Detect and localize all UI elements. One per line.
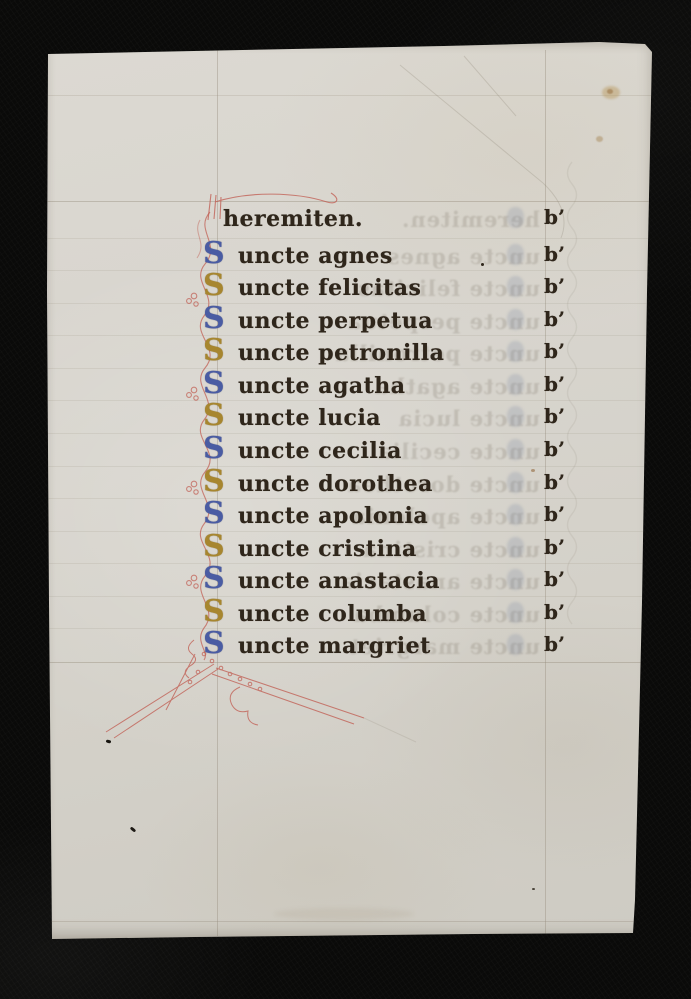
response-abbreviation: b’ [544, 339, 565, 363]
verso-showthrough-initial [507, 374, 524, 395]
saint-name-text: uncte margriet [238, 632, 431, 660]
litany-line: uncte columba S uncte columba b’ [44, 600, 656, 633]
response-abbreviation: b’ [544, 307, 565, 331]
response-abbreviation: b’ [544, 600, 565, 624]
response-abbreviation: b’ [544, 404, 565, 428]
response-abbreviation: b’ [544, 632, 565, 656]
litany-line: uncte dorothea S uncte dorothea b’ [44, 470, 656, 503]
response-abbreviation: b’ [544, 502, 565, 526]
litany-line: uncte margriet S uncte margriet b’ [44, 632, 656, 665]
litany-line: uncte felicitas S uncte felicitas b’ [44, 274, 656, 307]
ink-speck [106, 739, 112, 743]
illuminated-initial: S [203, 335, 225, 367]
litany-line: uncte petronilla S uncte petronilla b’ [44, 339, 656, 372]
response-abbreviation: b’ [544, 535, 565, 559]
illuminated-initial: S [203, 433, 225, 465]
response-abbreviation: b’ [544, 372, 565, 396]
illuminated-initial: S [203, 466, 225, 498]
verso-showthrough-initial [507, 276, 524, 297]
showthrough-line [364, 718, 416, 742]
saint-name-text: uncte cristina [238, 535, 417, 563]
illuminated-initial: S [203, 400, 225, 432]
saint-name-text: uncte petronilla [238, 339, 444, 367]
ruling-line [44, 238, 656, 239]
illuminated-initial: S [203, 303, 225, 335]
verso-showthrough-initial [507, 309, 524, 330]
ink-speck [532, 888, 535, 890]
response-abbreviation: b’ [544, 470, 565, 494]
photograph-background: { "meta": { "type": "manuscript-leaf-pho… [0, 0, 691, 999]
verso-showthrough-initial [507, 472, 524, 493]
verso-showthrough-initial [507, 634, 524, 655]
stain [596, 136, 603, 142]
verso-showthrough-initial [507, 207, 524, 228]
illuminated-initial: S [203, 368, 225, 400]
litany-line: uncte agatha S uncte agatha b’ [44, 372, 656, 405]
verso-showthrough-initial [507, 602, 524, 623]
illuminated-initial: S [203, 563, 225, 595]
saint-name-text: uncte columba [238, 600, 427, 628]
verso-showthrough-initial [507, 537, 524, 558]
illuminated-initial: S [203, 596, 225, 628]
litany-line: heremiten. heremiten. b’ [44, 205, 656, 238]
saint-name-text: uncte agatha [238, 372, 406, 400]
response-abbreviation: b’ [544, 205, 565, 229]
stain [607, 89, 613, 94]
stain [602, 86, 620, 99]
saint-name-text: uncte anastacia [238, 567, 440, 595]
response-abbreviation: b’ [544, 242, 565, 266]
verso-showthrough-initial [507, 569, 524, 590]
saint-name-text: uncte agnes [238, 242, 393, 270]
litany-line: uncte cecilia S uncte cecilia b’ [44, 437, 656, 470]
litany-line: uncte apolonia S uncte apolonia b’ [44, 502, 656, 535]
stain [274, 908, 414, 920]
heading-text: heremiten. [223, 205, 363, 233]
litany-line: uncte cristina S uncte cristina b’ [44, 535, 656, 568]
response-abbreviation: b’ [544, 567, 565, 591]
illuminated-initial: S [203, 628, 225, 660]
verso-showthrough-initial [507, 244, 524, 265]
verso-showthrough-initial [507, 406, 524, 427]
saint-name-text: uncte cecilia [238, 437, 402, 465]
ruling-line-bottom-margin [44, 921, 656, 922]
illuminated-initial: S [203, 498, 225, 530]
litany-line: uncte anastacia S uncte anastacia b’ [44, 567, 656, 600]
manuscript-leaf: heremiten. heremiten. b’ uncte agnes S u… [44, 42, 656, 940]
litany-line: uncte perpetua S uncte perpetua b’ [44, 307, 656, 340]
illuminated-initial: S [203, 270, 225, 302]
saint-name-text: uncte felicitas [238, 274, 421, 302]
saint-name-text: uncte dorothea [238, 470, 433, 498]
ink-speck [130, 826, 137, 832]
response-abbreviation: b’ [544, 437, 565, 461]
illuminated-initial: S [203, 531, 225, 563]
response-abbreviation: b’ [544, 274, 565, 298]
ruling-line-top-margin [44, 95, 656, 96]
verso-showthrough-initial [507, 504, 524, 525]
saint-name-text: uncte lucia [238, 404, 381, 432]
verso-showthrough-initial [507, 439, 524, 460]
litany-line: uncte agnes S uncte agnes b’ [44, 242, 656, 275]
litany-line: uncte lucia S uncte lucia b’ [44, 404, 656, 437]
saint-name-text: uncte perpetua [238, 307, 433, 335]
saint-name-text: uncte apolonia [238, 502, 428, 530]
ruling-line-text-top [44, 201, 656, 202]
illuminated-initial: S [203, 238, 225, 270]
verso-showthrough-initial [507, 341, 524, 362]
